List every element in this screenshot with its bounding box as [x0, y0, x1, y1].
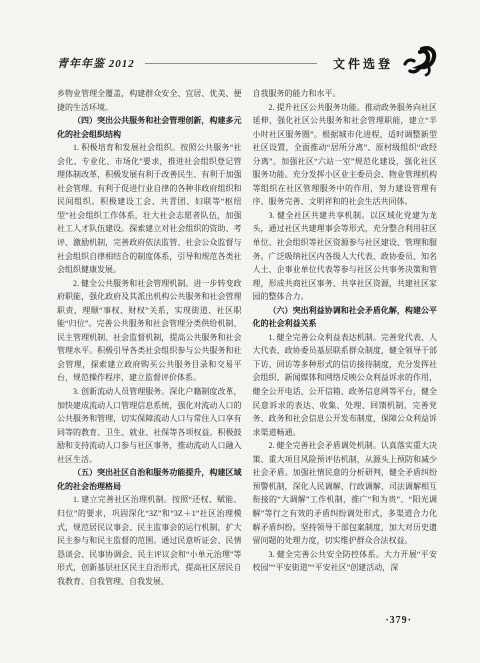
document-page: 青年年鉴 2012 文件选登 乡物业管理全覆盖，构建群众安全、宜居、优美、便捷的…	[0, 0, 480, 663]
paragraph: 1. 健全完善公众利益表达机制。完善党代表、人大代表、政协委员基层联系群众制度，…	[253, 331, 438, 439]
section-title: 文件选登	[333, 55, 393, 72]
page-number: ·379·	[385, 615, 412, 626]
paragraph: 自我服务的能力和水平。	[253, 87, 438, 101]
section-heading: （四）突出公共服务和社会管理创新，构建多元化的社会组织结构	[57, 114, 242, 141]
paragraph: 乡物业管理全覆盖，构建群众安全、宜居、优美、便捷的生活环境。	[57, 87, 242, 114]
paragraph: 2. 提升社区公共服务功能。推动政务服务向社区延伸，强化社区公共服务和社会管理职…	[253, 101, 438, 209]
section-heading: （五）突出社区自治和服务功能提升，构建区域化的社会治理格局	[57, 466, 242, 493]
column-right: 自我服务的能力和水平。2. 提升社区公共服务功能。推动政务服务向社区延伸，强化社…	[253, 87, 438, 588]
paragraph: 2. 健全完善社会矛盾调处机制。认真落实重大决策、重大项目风险预评估机制，从源头…	[253, 439, 438, 547]
page-header: 青年年鉴 2012 文件选登	[57, 50, 437, 76]
column-left: 乡物业管理全覆盖，构建群众安全、宜居、优美、便捷的生活环境。（四）突出公共服务和…	[57, 87, 242, 588]
calligraphy-swirl-icon	[399, 44, 437, 78]
two-column-text: 乡物业管理全覆盖，构建群众安全、宜居、优美、便捷的生活环境。（四）突出公共服务和…	[57, 87, 437, 588]
paragraph: 1. 积极培育和发展社会组织。按照公共服务“社会化、专业化、市场化”要求，推进社…	[57, 141, 242, 276]
paragraph: 2. 健全公共服务和社会管理机制。进一步转变政府职能，强化政府及其派出机构公共服…	[57, 277, 242, 385]
header-rule	[145, 63, 317, 64]
book-title: 青年年鉴 2012	[57, 55, 135, 71]
paragraph: 1. 建立完善社区治理机制。按照“还权、赋能、归位”的要求，巩固深化“3Z”和“…	[57, 493, 242, 588]
paragraph: 3. 健全完善公共安全防控体系。大力开展“平安校园”“平安街道”“平安社区”创建…	[253, 548, 438, 575]
section-heading: （六）突出利益协调和社会矛盾化解，构建公平化的社会利益关系	[253, 304, 438, 331]
paragraph: 3. 健全社区共建共享机制。以区域化党建为龙头，通过社区共建理事会等形式，充分整…	[253, 209, 438, 304]
paragraph: 3. 创新流动人员管理服务。深化户籍制度改革，加快建成流动人口管理信息系统，强化…	[57, 385, 242, 466]
